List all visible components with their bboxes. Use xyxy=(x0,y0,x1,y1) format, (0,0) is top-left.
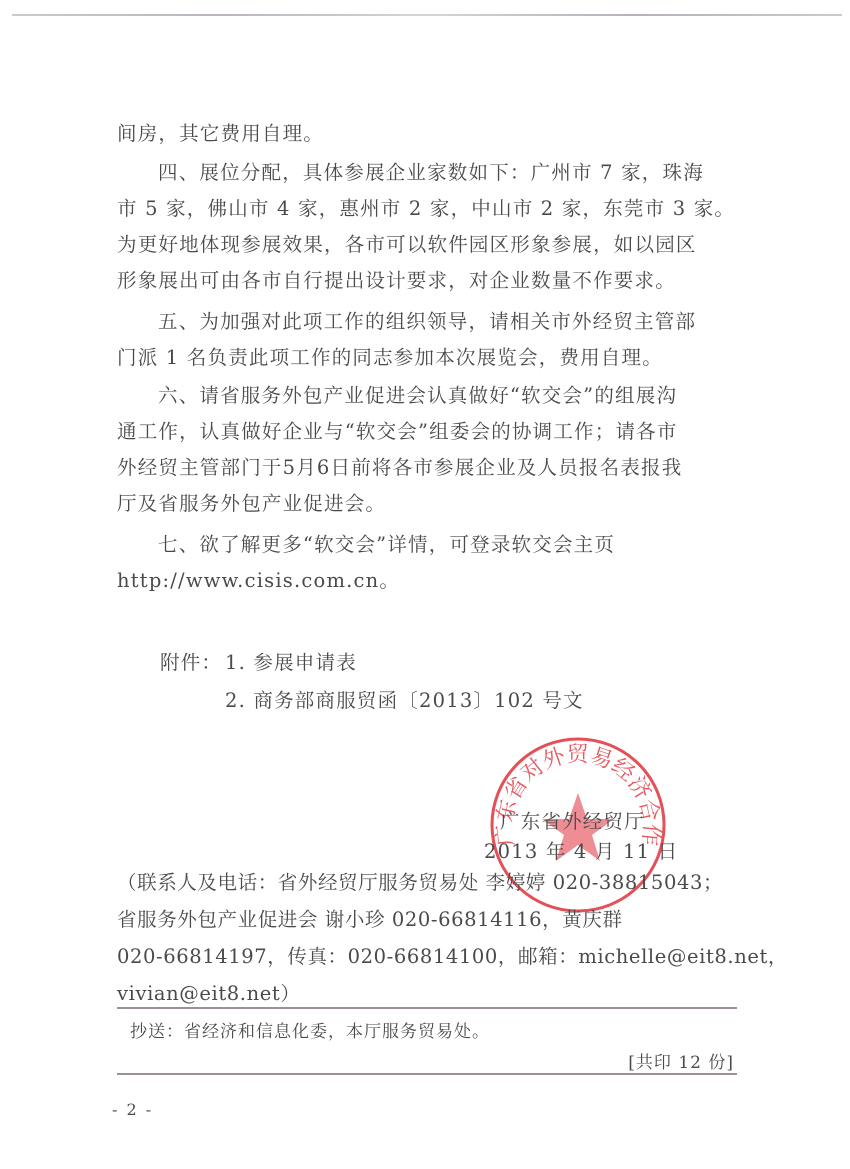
issuer-name: 广东省外经贸厅 xyxy=(500,806,645,834)
attachment-item: 1. 参展申请表 xyxy=(225,647,357,675)
text-line: 020-66814197，传真：020-66814100，邮箱：michelle… xyxy=(117,938,737,975)
text-line: 形象展出可由各市自行提出设计要求，对企业数量不作要求。 xyxy=(117,263,737,299)
attachment-item: 2. 商务部商服贸函〔2013〕102 号文 xyxy=(225,685,584,713)
text-line: 为更好地体现参展效果，各市可以软件园区形象参展，如以园区 xyxy=(117,227,737,263)
paragraph-coordination: 六、请省服务外包产业促进会认真做好“软交会”的组展沟 通工作，认真做好企业与“软… xyxy=(117,378,737,522)
text-line: 七、欲了解更多“软交会”详情，可登录软交会主页 xyxy=(117,527,737,563)
text-line: 厅及省服务外包产业促进会。 xyxy=(117,486,737,522)
attachments-label: 附件： xyxy=(160,647,222,675)
issue-date: 2013 年 4 月 11 日 xyxy=(484,836,678,864)
text-line: 六、请省服务外包产业促进会认真做好“软交会”的组展沟 xyxy=(117,378,737,414)
text-line: （联系人及电话：省外经贸厅服务贸易处 李婷婷 020-38815043； xyxy=(117,864,737,901)
website-link[interactable]: http://www.cisis.com.cn。 xyxy=(117,563,737,599)
print-copies: [共印 12 份] xyxy=(628,1048,734,1073)
divider-top xyxy=(117,1007,737,1009)
contact-info: （联系人及电话：省外经贸厅服务贸易处 李婷婷 020-38815043； 省服务… xyxy=(117,864,737,1012)
text-line: 通工作，认真做好企业与“软交会”组委会的协调工作；请各市 xyxy=(117,414,737,450)
text-line: 门派 1 名负责此项工作的同志参加本次展览会，费用自理。 xyxy=(117,340,737,376)
cc-recipients: 抄送：省经济和信息化委，本厅服务贸易处。 xyxy=(130,1017,490,1042)
paragraph-leadership: 五、为加强对此项工作的组织领导，请相关市外经贸主管部 门派 1 名负责此项工作的… xyxy=(117,304,737,376)
paragraph-more-info: 七、欲了解更多“软交会”详情，可登录软交会主页 http://www.cisis… xyxy=(117,527,737,599)
divider-bottom xyxy=(117,1073,737,1075)
text-line: 五、为加强对此项工作的组织领导，请相关市外经贸主管部 xyxy=(117,304,737,340)
text-line: 间房，其它费用自理。 xyxy=(117,116,737,152)
text-line: 四、展位分配，具体参展企业家数如下：广州市 7 家，珠海 xyxy=(117,155,737,191)
text-line: 省服务外包产业促进会 谢小珍 020-66814116，黄庆群 xyxy=(117,901,737,938)
paragraph-booth-allocation: 四、展位分配，具体参展企业家数如下：广州市 7 家，珠海 市 5 家，佛山市 4… xyxy=(117,155,737,299)
paragraph-continuation: 间房，其它费用自理。 xyxy=(117,116,737,152)
page-number: - 2 - xyxy=(112,1100,153,1119)
text-line: 市 5 家，佛山市 4 家，惠州市 2 家，中山市 2 家，东莞市 3 家。 xyxy=(117,191,737,227)
scan-top-edge xyxy=(12,14,842,16)
text-line: 外经贸主管部门于5月6日前将各市参展企业及人员报名表报我 xyxy=(117,450,737,486)
